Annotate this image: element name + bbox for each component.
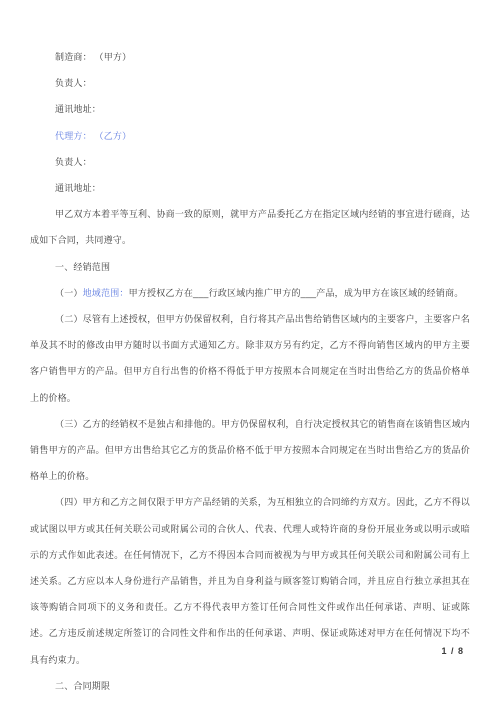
- contact-address-label: 通讯地址：: [30, 96, 470, 122]
- responsible-person-label-2: 负责人：: [30, 149, 470, 175]
- clause-4-paragraph: （四）甲方和乙方之间仅限于甲方产品经销的关系，为互相独立的合同缔约方双方。因此，…: [30, 489, 470, 672]
- document-page: 制造商： （甲方） 负责人： 通讯地址： 代理方： （乙方） 负责人： 通讯地址…: [0, 0, 500, 707]
- page-number: 1 / 8: [441, 646, 464, 656]
- responsible-person-label: 负责人：: [30, 70, 470, 96]
- contract-body: 制造商： （甲方） 负责人： 通讯地址： 代理方： （乙方） 负责人： 通讯地址…: [30, 44, 470, 699]
- clause-3-paragraph: （三）乙方的经销权不是独占和排他的。甲方仍保留权利，自行决定授权其它的销售商在该…: [30, 411, 470, 490]
- clause-2-paragraph: （二）尽管有上述授权，但甲方仍保留权利，自行将其产品出售给销售区域内的主要客户，…: [30, 306, 470, 411]
- clause-1-paragraph: （一）地域范围：甲方授权乙方在___行政区域内推广甲方的___产品，成为甲方在该…: [30, 280, 470, 306]
- section-1-heading: 一、经销范围: [30, 254, 470, 280]
- clause-1-text: 甲方授权乙方在___行政区域内推广甲方的___产品，成为甲方在该区域的经销商。: [129, 288, 464, 298]
- contact-address-label-2: 通讯地址：: [30, 175, 470, 201]
- preamble-paragraph: 甲乙双方本着平等互利、协商一致的原则，就甲方产品委托乙方在指定区域内经销的事宜进…: [30, 201, 470, 253]
- agent-label: 代理方： （乙方）: [30, 123, 470, 149]
- clause-1-keyword: 地域范围：: [83, 288, 129, 298]
- clause-1-number: （一）: [55, 288, 83, 298]
- section-2-heading: 二、合同期限: [30, 673, 470, 699]
- manufacturer-label: 制造商： （甲方）: [30, 44, 470, 70]
